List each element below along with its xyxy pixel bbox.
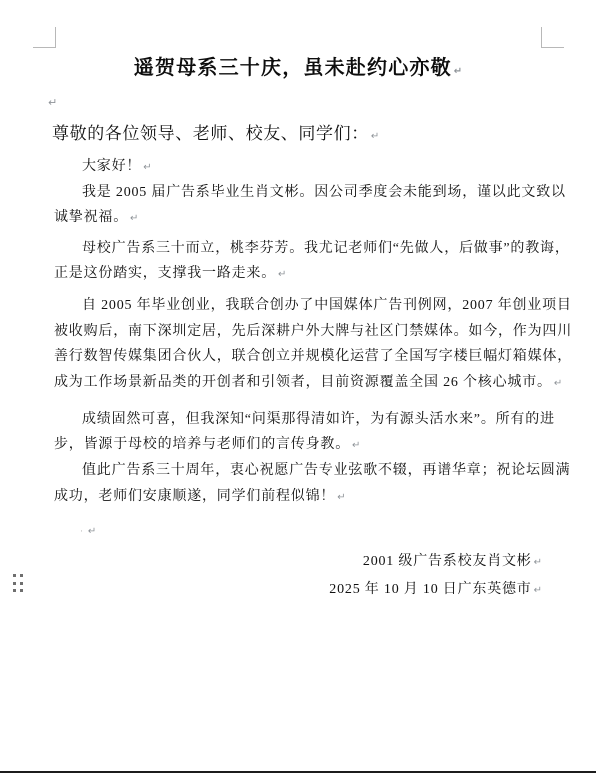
body-text: 母校广告系三十而立，桃李芬芳。我尤记老师们“先做人，后做事”的教诲，	[82, 241, 570, 256]
signature-name-text: 2001 级广告系校友肖文彬	[363, 554, 532, 569]
body-text: 被收购后，南下深圳定居，先后深耕户外大牌与社区门禁媒体。如今，作为四川	[54, 324, 572, 339]
body-text: 自 2005 年毕业创业，我联合创办了中国媒体广告刊例网，2007 年创业项目	[82, 298, 572, 313]
paragraph-mark-icon: ↵	[48, 96, 57, 109]
paragraph-mark-icon: ↵	[88, 526, 96, 537]
paragraph-mark-icon: ↵	[352, 440, 360, 451]
body-line[interactable]: 善行数智传媒集团合伙人，联合创立并规模化运营了全国写字楼巨幅灯箱媒体，	[54, 349, 546, 365]
body-text: 我是 2005 届广告系毕业生肖文彬。因公司季度会未能到场，谨以此文致以	[82, 185, 566, 200]
title-text: 遥贺母系三十庆，虽未赴约心亦敬	[134, 57, 452, 79]
paragraph-mark-icon: ↵	[337, 492, 345, 503]
paragraph-mark-icon: ↵	[130, 213, 138, 224]
signature-name-line[interactable]: 2001 级广告系校友肖文彬↵	[54, 550, 542, 570]
body-text: 成绩固然可喜，但我深知“问渠那得清如许，为有源头活水来”。所有的进	[82, 412, 555, 427]
body-line[interactable]: 成功，老师们安康顺遂，同学们前程似锦！↵	[54, 489, 546, 506]
text-boundary-mark-top-left	[33, 27, 56, 48]
body-text: 诚挚祝福。	[54, 210, 128, 225]
paragraph-mark-icon: ↵	[278, 269, 286, 280]
body-text: 大家好！	[82, 159, 141, 174]
body-text: 成为工作场景新品类的开创者和引领者，目前资源覆盖全国 26 个核心城市。	[54, 375, 552, 390]
body-text: 善行数智传媒集团合伙人，联合创立并规模化运营了全国写字楼巨幅灯箱媒体，	[54, 349, 572, 364]
body-line[interactable]: 被收购后，南下深圳定居，先后深耕户外大牌与社区门禁媒体。如今，作为四川	[54, 324, 546, 340]
body-text: 步，皆源于母校的培养与老师们的言传身教。	[54, 437, 350, 452]
document-page[interactable]: 遥贺母系三十庆，虽未赴约心亦敬↵ ↵ 尊敬的各位领导、老师、校友、同学们：↵ 大…	[0, 0, 596, 773]
body-text: 成功，老师们安康顺遂，同学们前程似锦！	[54, 489, 335, 504]
body-line[interactable]: 自 2005 年毕业创业，我联合创办了中国媒体广告刊例网，2007 年创业项目	[54, 298, 574, 314]
paragraph-mark-icon: ↵	[534, 557, 542, 568]
empty-paragraph[interactable]: ·↵	[54, 523, 546, 540]
signature-date-line[interactable]: 2025 年 10 月 10 日广东英德市↵	[54, 578, 542, 598]
empty-indent: ·↵	[54, 523, 96, 538]
space-mark-icon: ·	[80, 526, 84, 536]
body-line[interactable]: 大家好！↵	[54, 159, 574, 176]
body-line[interactable]: 步，皆源于母校的培养与老师们的言传身教。↵	[54, 437, 546, 454]
body-text: 值此广告系三十周年，衷心祝愿广告专业弦歌不辍，再谱华章；祝论坛圆满	[82, 463, 570, 478]
document-title[interactable]: 遥贺母系三十庆，虽未赴约心亦敬↵	[0, 51, 596, 80]
body-line[interactable]: 诚挚祝福。↵	[54, 210, 546, 227]
paragraph-mark-icon: ↵	[554, 378, 562, 389]
paragraph-mark-icon: ↵	[534, 585, 542, 596]
body-line[interactable]: 正是这份踏实，支撑我一路走来。↵	[54, 266, 546, 283]
text-boundary-mark-top-right	[541, 27, 564, 48]
paragraph-mark-icon: ↵	[454, 66, 462, 77]
body-line[interactable]: 母校广告系三十而立，桃李芬芳。我尤记老师们“先做人，后做事”的教诲，	[54, 241, 574, 257]
drag-handle-icon[interactable]	[13, 574, 24, 592]
body-line[interactable]: 我是 2005 届广告系毕业生肖文彬。因公司季度会未能到场，谨以此文致以	[54, 185, 574, 201]
paragraph-mark-icon: ↵	[143, 162, 151, 173]
body-line[interactable]: 成绩固然可喜，但我深知“问渠那得清如许，为有源头活水来”。所有的进	[54, 412, 574, 428]
salutation-line[interactable]: 尊敬的各位领导、老师、校友、同学们：↵	[52, 119, 552, 144]
body-line[interactable]: 值此广告系三十周年，衷心祝愿广告专业弦歌不辍，再谱华章；祝论坛圆满	[54, 463, 574, 479]
signature-date-text: 2025 年 10 月 10 日广东英德市	[329, 582, 531, 597]
salutation-text: 尊敬的各位领导、老师、校友、同学们：	[52, 124, 369, 143]
body-line[interactable]: 成为工作场景新品类的开创者和引领者，目前资源覆盖全国 26 个核心城市。↵	[54, 375, 546, 392]
paragraph-mark-icon: ↵	[371, 131, 379, 142]
body-text: 正是这份踏实，支撑我一路走来。	[54, 266, 276, 281]
